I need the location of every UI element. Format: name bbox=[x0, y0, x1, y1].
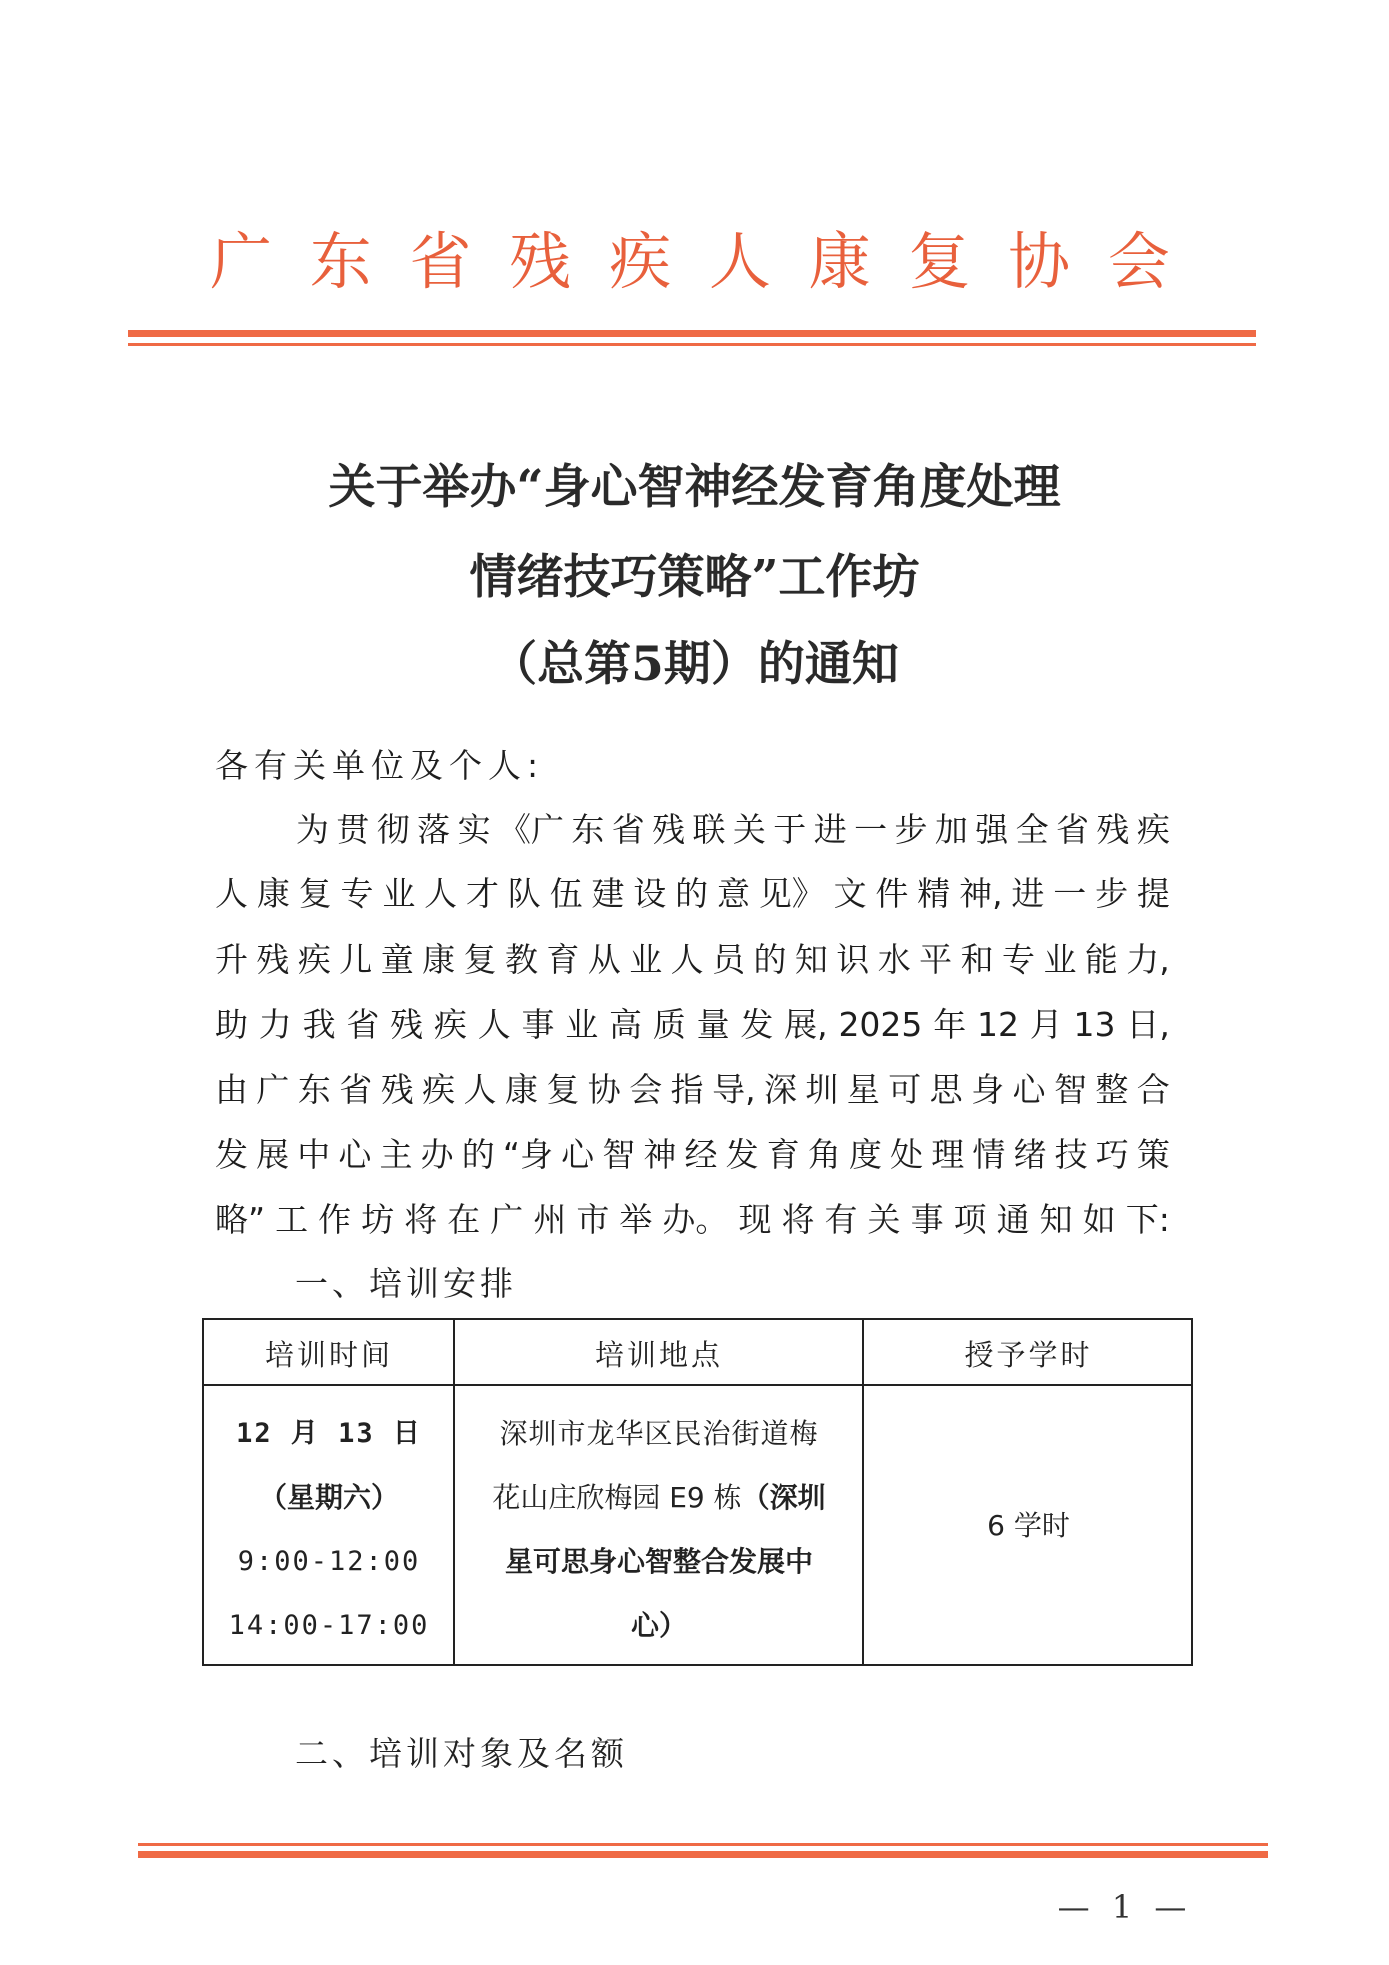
body-text-segment: 专 bbox=[340, 872, 373, 916]
body-text-segment: 省 bbox=[339, 1068, 372, 1112]
body-text-segment: 进 bbox=[1011, 872, 1044, 916]
body-text-segment: 意 bbox=[717, 872, 750, 916]
body-text-segment: 2025 bbox=[838, 1003, 922, 1047]
letterhead-char: 协 bbox=[1008, 222, 1070, 302]
body-text-segment: 办。 bbox=[662, 1198, 728, 1242]
body-text-segment: 能 bbox=[1085, 938, 1118, 982]
body-text-segment: 发 bbox=[215, 1133, 248, 1177]
body-line-6: 发展中心主办的“身心智神经发育角度处理情绪技巧策 bbox=[215, 1133, 1170, 1177]
body-text-segment: 一 bbox=[854, 808, 887, 852]
body-text-segment: 业 bbox=[1043, 938, 1076, 982]
body-text-segment: 在 bbox=[447, 1198, 480, 1242]
body-text-segment: 的 bbox=[753, 938, 786, 982]
body-text-segment: 技 bbox=[1055, 1133, 1088, 1177]
body-text-segment: 可 bbox=[888, 1068, 921, 1112]
body-line-1: 为贯彻落实《广东省残联关于进一步加强全省残疾 bbox=[296, 808, 1170, 852]
body-text-segment: 全 bbox=[1016, 808, 1049, 852]
body-text-segment: 实 bbox=[458, 808, 491, 852]
body-text-segment: 会 bbox=[629, 1068, 662, 1112]
body-text-segment: 发 bbox=[726, 1133, 759, 1177]
body-text-segment: 广 bbox=[490, 1198, 523, 1242]
body-text-segment: 提 bbox=[1137, 872, 1170, 916]
body-text-segment: 残 bbox=[390, 1003, 423, 1047]
body-text-segment: 设 bbox=[633, 872, 666, 916]
body-text-segment: 于 bbox=[773, 808, 806, 852]
body-text-segment: 智 bbox=[602, 1133, 635, 1177]
body-text-segment: 质 bbox=[653, 1003, 686, 1047]
letterhead-char: 复 bbox=[908, 222, 970, 302]
body-text-segment: 身 bbox=[971, 1068, 1004, 1112]
body-text-segment: 人 bbox=[464, 1068, 497, 1112]
body-text-segment: 康 bbox=[505, 1068, 538, 1112]
body-text-segment: 圳 bbox=[805, 1068, 838, 1112]
body-text-segment: 量 bbox=[697, 1003, 730, 1047]
body-text-segment: 人 bbox=[215, 872, 248, 916]
body-text-segment: 高 bbox=[609, 1003, 642, 1047]
body-text-segment: 落 bbox=[417, 808, 450, 852]
body-text-segment: 业 bbox=[629, 938, 662, 982]
body-text-segment: 复 bbox=[299, 872, 332, 916]
body-text-segment: 州 bbox=[533, 1198, 566, 1242]
body-text-segment: 关 bbox=[733, 808, 766, 852]
body-line-4: 助力我省残疾人事业高质量发展,2025年12月13日, bbox=[215, 1003, 1170, 1047]
body-text-segment: 作 bbox=[318, 1198, 351, 1242]
body-text-segment: 整 bbox=[1095, 1068, 1128, 1112]
training-location-line-3: 星可思身心智整合发展中 bbox=[455, 1542, 863, 1582]
body-text-segment: 理 bbox=[931, 1133, 964, 1177]
body-text-segment: 建 bbox=[591, 872, 624, 916]
footer-rule-thick bbox=[138, 1851, 1268, 1858]
body-text-segment: 主 bbox=[380, 1133, 413, 1177]
body-text-segment: 东 bbox=[298, 1068, 331, 1112]
body-text-segment: 疾 bbox=[1137, 808, 1170, 852]
body-text-segment: 人 bbox=[424, 872, 457, 916]
body-text-segment: 见》 bbox=[759, 872, 825, 916]
letterhead-char: 残 bbox=[509, 222, 571, 302]
body-text-segment: 教 bbox=[505, 938, 538, 982]
body-text-segment: 中 bbox=[297, 1133, 330, 1177]
body-text-segment: 合 bbox=[1137, 1068, 1170, 1112]
page-number: — 1 — bbox=[1050, 1888, 1200, 1926]
body-text-segment: 平 bbox=[919, 938, 952, 982]
body-text-segment: 助 bbox=[215, 1003, 248, 1047]
letterhead-char: 疾 bbox=[609, 222, 671, 302]
body-text-segment: 市 bbox=[576, 1198, 609, 1242]
body-text-segment: 心 bbox=[561, 1133, 594, 1177]
body-text-segment: 伍 bbox=[550, 872, 583, 916]
body-text-segment: 残 bbox=[256, 938, 289, 982]
body-text-segment: 将 bbox=[404, 1198, 437, 1242]
training-date: 12 月 13 日 bbox=[204, 1414, 454, 1454]
body-text-segment: 日, bbox=[1126, 1003, 1170, 1047]
body-text-segment: 升 bbox=[215, 938, 248, 982]
organization-letterhead: 广 东 省 残 疾 人 康 复 协 会 bbox=[210, 222, 1170, 302]
training-session-afternoon: 14:00-17:00 bbox=[204, 1606, 454, 1646]
section-heading-arrangement: 一、培训安排 bbox=[295, 1262, 517, 1306]
training-location-address: 花山庄欣梅园 E9 栋 bbox=[492, 1481, 741, 1514]
body-text-segment: 知 bbox=[795, 938, 828, 982]
body-text-segment: 省 bbox=[346, 1003, 379, 1047]
letterhead-char: 康 bbox=[809, 222, 871, 302]
body-text-segment: 关 bbox=[868, 1198, 901, 1242]
body-text-segment: 识 bbox=[836, 938, 869, 982]
body-text-segment: 由 bbox=[215, 1068, 248, 1112]
training-weekday: （星期六） bbox=[204, 1478, 454, 1518]
footer-rule-thin bbox=[138, 1843, 1268, 1846]
body-text-segment: 人 bbox=[671, 938, 704, 982]
body-text-segment: 省 bbox=[612, 808, 645, 852]
letterhead-char: 人 bbox=[709, 222, 771, 302]
training-location-line-4: 心） bbox=[455, 1606, 863, 1646]
body-text-segment: 的 bbox=[462, 1133, 495, 1177]
body-text-segment: 一 bbox=[1053, 872, 1086, 916]
body-text-segment: 童 bbox=[381, 938, 414, 982]
body-text-segment: 步 bbox=[1095, 872, 1128, 916]
document-title-line-2: 情绪技巧策略”工作坊 bbox=[0, 540, 1389, 607]
body-text-segment: 文 bbox=[834, 872, 867, 916]
body-text-segment: 思 bbox=[930, 1068, 963, 1112]
body-text-segment: 绪 bbox=[1013, 1133, 1046, 1177]
body-line-5: 由广东省残疾人康复协会指导,深圳星可思身心智整合 bbox=[215, 1068, 1170, 1112]
training-location-line-2: 花山庄欣梅园 E9 栋（深圳 bbox=[455, 1478, 863, 1518]
body-text-segment: 人 bbox=[478, 1003, 511, 1047]
body-text-segment: 业 bbox=[565, 1003, 598, 1047]
body-text-segment: 12 bbox=[977, 1003, 1019, 1047]
body-text-segment: 为 bbox=[296, 808, 329, 852]
body-text-segment: 复 bbox=[464, 938, 497, 982]
body-text-segment: 康 bbox=[257, 872, 290, 916]
body-text-segment: 办 bbox=[421, 1133, 454, 1177]
body-text-segment: 情 bbox=[972, 1133, 1005, 1177]
body-text-segment: 现 bbox=[738, 1198, 771, 1242]
header-rule-thick bbox=[128, 330, 1256, 337]
body-text-segment: 工 bbox=[275, 1198, 308, 1242]
body-text-segment: 项 bbox=[954, 1198, 987, 1242]
training-location-line-1: 深圳市龙华区民治街道梅 bbox=[455, 1414, 863, 1454]
body-text-segment: 发 bbox=[740, 1003, 773, 1047]
table-header-hours: 授予学时 bbox=[864, 1320, 1193, 1386]
body-text-segment: 我 bbox=[303, 1003, 336, 1047]
body-text-segment: 导, bbox=[712, 1068, 756, 1112]
body-text-segment: 度 bbox=[849, 1133, 882, 1177]
letterhead-char: 省 bbox=[410, 222, 472, 302]
body-text-segment: 协 bbox=[588, 1068, 621, 1112]
body-text-segment: 疾 bbox=[434, 1003, 467, 1047]
body-line-2: 人康复专业人才队伍建设的意见》文件精神,进一步提 bbox=[215, 872, 1170, 916]
body-text-segment: 加 bbox=[935, 808, 968, 852]
body-text-segment: 经 bbox=[684, 1133, 717, 1177]
body-text-segment: 水 bbox=[878, 938, 911, 982]
body-text-segment: 举 bbox=[619, 1198, 652, 1242]
body-text-segment: 残 bbox=[652, 808, 685, 852]
training-session-morning: 9:00-12:00 bbox=[204, 1542, 454, 1582]
body-text-segment: 疾 bbox=[422, 1068, 455, 1112]
training-location-venue-start: （深圳 bbox=[742, 1481, 826, 1514]
body-text-segment: 处 bbox=[890, 1133, 923, 1177]
body-text-segment: 事 bbox=[911, 1198, 944, 1242]
training-schedule-table: 培训时间 培训地点 授予学时 12 月 13 日 （星期六） 9:00-12:0… bbox=[202, 1318, 1193, 1666]
body-text-segment: 智 bbox=[1054, 1068, 1087, 1112]
document-title-line-1: 关于举办“身心智神经发育角度处理 bbox=[0, 450, 1389, 517]
body-text-segment: 队 bbox=[508, 872, 541, 916]
body-text-segment: 月 bbox=[1030, 1003, 1063, 1047]
body-text-segment: 疾 bbox=[298, 938, 331, 982]
body-text-segment: 坊 bbox=[361, 1198, 394, 1242]
body-text-segment: 业 bbox=[382, 872, 415, 916]
body-text-segment: 策 bbox=[1137, 1133, 1170, 1177]
body-text-segment: 员 bbox=[712, 938, 745, 982]
body-text-segment: 有 bbox=[825, 1198, 858, 1242]
body-text-segment: 儿 bbox=[339, 938, 372, 982]
body-text-segment: 步 bbox=[894, 808, 927, 852]
body-text-segment: 13 bbox=[1074, 1003, 1116, 1047]
body-text-segment: 展 bbox=[256, 1133, 289, 1177]
letterhead-char: 东 bbox=[310, 222, 372, 302]
body-text-segment: 康 bbox=[422, 938, 455, 982]
body-line-7: 略”工作坊将在广州市举办。现将有关事项通知如下: bbox=[215, 1198, 1170, 1242]
body-text-segment: 力 bbox=[259, 1003, 292, 1047]
letterhead-char: 广 bbox=[210, 222, 272, 302]
body-text-segment: 精 bbox=[917, 872, 950, 916]
body-text-segment: 略” bbox=[215, 1198, 265, 1242]
body-text-segment: 从 bbox=[588, 938, 621, 982]
table-header-location: 培训地点 bbox=[455, 1320, 863, 1386]
body-text-segment: 展, bbox=[784, 1003, 828, 1047]
body-text-segment: 残 bbox=[381, 1068, 414, 1112]
body-text-segment: 心 bbox=[1013, 1068, 1046, 1112]
body-text-segment: 联 bbox=[693, 808, 726, 852]
body-text-segment: 贯 bbox=[336, 808, 369, 852]
body-text-segment: 专 bbox=[1002, 938, 1035, 982]
body-text-segment: 事 bbox=[521, 1003, 554, 1047]
body-line-3: 升残疾儿童康复教育从业人员的知识水平和专业能力, bbox=[215, 938, 1170, 982]
body-text-segment: 指 bbox=[671, 1068, 704, 1112]
body-text-segment: 残 bbox=[1096, 808, 1129, 852]
body-text-segment: 角 bbox=[808, 1133, 841, 1177]
body-text-segment: 力, bbox=[1126, 938, 1170, 982]
body-text-segment: 东 bbox=[571, 808, 604, 852]
body-text-segment: 通 bbox=[997, 1198, 1030, 1242]
body-text-segment: “身 bbox=[503, 1133, 553, 1177]
body-text-segment: 和 bbox=[961, 938, 994, 982]
body-text-segment: 彻 bbox=[377, 808, 410, 852]
body-text-segment: 省 bbox=[1056, 808, 1089, 852]
body-text-segment: 星 bbox=[847, 1068, 880, 1112]
body-text-segment: 年 bbox=[933, 1003, 966, 1047]
section-heading-participants: 二、培训对象及名额 bbox=[295, 1732, 628, 1776]
body-text-segment: 神, bbox=[959, 872, 1003, 916]
body-text-segment: 育 bbox=[546, 938, 579, 982]
body-text-segment: 将 bbox=[781, 1198, 814, 1242]
body-text-segment: 如 bbox=[1083, 1198, 1116, 1242]
body-text-segment: 下: bbox=[1126, 1198, 1170, 1242]
body-text-segment: 件 bbox=[875, 872, 908, 916]
salutation: 各有关单位及个人: bbox=[215, 744, 1170, 788]
header-rule-thin bbox=[128, 343, 1256, 346]
body-text-segment: 才 bbox=[466, 872, 499, 916]
body-text-segment: 神 bbox=[643, 1133, 676, 1177]
body-text-segment: 广 bbox=[256, 1068, 289, 1112]
body-text-segment: 巧 bbox=[1096, 1133, 1129, 1177]
table-header-time: 培训时间 bbox=[204, 1320, 454, 1386]
document-title-line-3: （总第5期）的通知 bbox=[0, 627, 1389, 694]
body-text-segment: 强 bbox=[975, 808, 1008, 852]
training-hours: 6 学时 bbox=[864, 1506, 1193, 1546]
body-text-segment: 育 bbox=[767, 1133, 800, 1177]
body-text-segment: 深 bbox=[764, 1068, 797, 1112]
body-text-segment: 知 bbox=[1040, 1198, 1073, 1242]
body-text-segment: 进 bbox=[814, 808, 847, 852]
body-text-segment: 心 bbox=[338, 1133, 371, 1177]
body-text-segment: 复 bbox=[546, 1068, 579, 1112]
body-text-segment: 的 bbox=[675, 872, 708, 916]
letterhead-char: 会 bbox=[1108, 222, 1170, 302]
body-text-segment: 《广 bbox=[498, 808, 564, 852]
